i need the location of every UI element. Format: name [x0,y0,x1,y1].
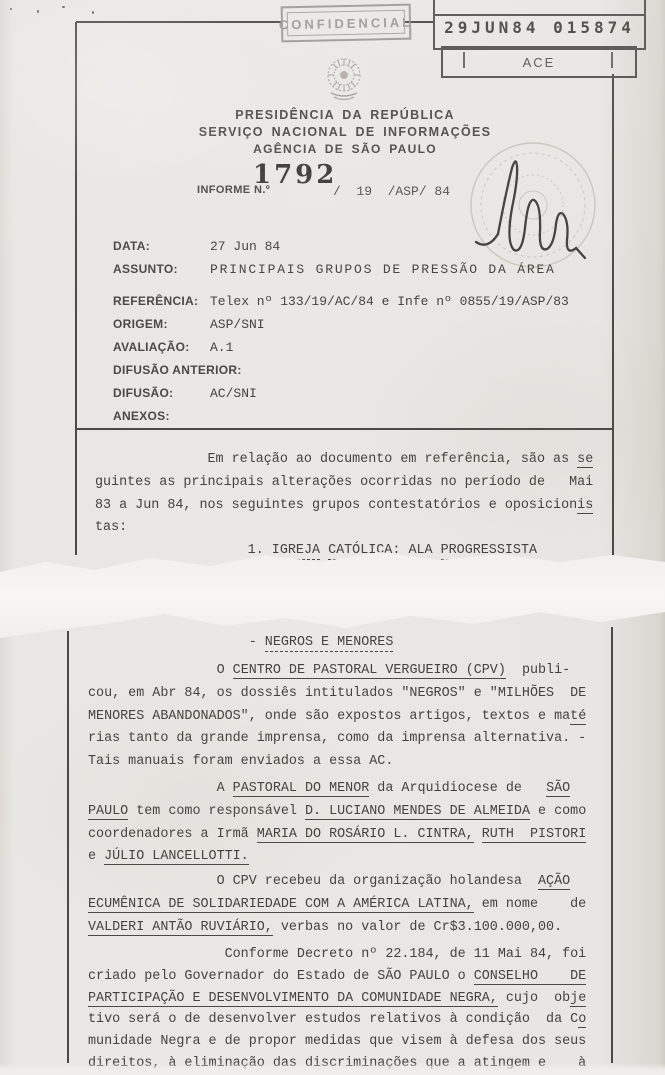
ace-label: ACE [523,55,556,70]
text-line: A PASTORAL DO MENOR da Arquidiocese de S… [88,778,586,801]
text-segment: munidade Negra e de propor medidas que v… [88,1034,586,1049]
lower-frame-left-border [67,631,69,1063]
text-line: munidade Negra e de propor medidas que v… [88,1031,586,1053]
underlined-text: VALDERI ANTÃO RUVIÁRIO, [88,920,273,936]
text-line: O CPV recebeu da organização holandesa A… [88,871,586,894]
confidencial-stamp-text: CONFIDENCIAL [279,14,414,32]
underlined-text: PARTICIPAÇÃO E DESENVOLVIMENTO DA COMUNI… [88,991,498,1007]
frame-right-border [612,74,614,555]
underlined-text: PAULO [88,804,128,820]
field-row: REFERÊNCIA:Telex nº 133/19/AC/84 e Infe … [113,292,569,315]
underlined-text: je [570,991,586,1007]
text-line: PAULO tem como responsável D. LUCIANO ME… [88,801,586,824]
ace-box: ACE [441,46,637,78]
field-label: ORIGEM: [113,317,210,331]
text-line: Em relação ao documento em referência, s… [95,449,593,472]
text-line: guintes as principais alterações ocorrid… [95,472,593,495]
underlined-text: CONSELHO DE [474,969,587,985]
text-line: coordenadores a Irmã MARIA DO ROSÁRIO L.… [88,824,586,847]
paragraph-cpv-dossies: O CENTRO DE PASTORAL VERGUEIRO (CPV) pub… [88,660,586,774]
coat-of-arms-icon [321,55,367,108]
ace-tick-right [611,52,613,68]
text-segment: 83 a Jun 84, nos seguintes grupos contes… [95,498,577,513]
paragraph-pastoral-do-menor: A PASTORAL DO MENOR da Arquidiocese de S… [88,778,586,869]
text-line: tas: [95,517,593,540]
field-row: ASSUNTO:PRINCIPAIS GRUPOS DE PRESSÃO DA … [113,260,569,283]
underlined-text: JÚLIO LANCELLOTTI. [104,849,249,865]
paper-speck [10,8,12,10]
field-row: ORIGEM:ASP/SNI [113,315,569,338]
text-line: criado pelo Governador do Estado de SÃO … [88,966,586,988]
text-segment: coordenadores a Irmã [88,827,257,842]
text-segment: publi- [506,663,570,678]
field-value: Telex nº 133/19/AC/84 e Infe nº 0855/19/… [210,294,569,309]
text-line: - NEGROS E MENORES [88,632,393,655]
text-line: VALDERI ANTÃO RUVIÁRIO, verbas no valor … [88,917,586,940]
text-line: O CENTRO DE PASTORAL VERGUEIRO (CPV) pub… [88,660,586,683]
paper-speck [37,10,39,13]
field-value: ASP/SNI [210,317,265,332]
underlined-text: CENTRO DE PASTORAL VERGUEIRO (CPV) [233,663,506,679]
text-segment: e [88,849,104,864]
text-segment: verbas no valor de Cr$3.100.000,00. [273,920,562,935]
text-line: 83 a Jun 84, nos seguintes grupos contes… [95,495,593,518]
text-segment [474,827,482,842]
frame-top-border-left [76,21,282,23]
text-line: PARTICIPAÇÃO E DESENVOLVIMENTO DA COMUNI… [88,988,586,1010]
underlined-text: PASTORAL DO MENOR [233,781,370,797]
text-segment: - [88,635,265,650]
field-label: DIFUSÃO: [113,386,210,400]
lower-frame-right-border [611,627,613,1063]
text-segment: da Arquidiocese de [369,781,546,796]
text-segment: Tais manuais foram enviados a essa AC. [88,754,393,769]
registry-stamp-number: 29JUN84 015874 [435,18,644,37]
field-row: AVALIAÇÃO:A.1 [113,338,569,361]
underlined-text: té [570,709,586,725]
registry-stamp-divider [433,14,644,16]
field-row: DIFUSÃO ANTERIOR: [113,361,569,384]
field-row: ANEXOS: [113,407,569,430]
text-segment: tem como responsável [128,804,305,819]
text-segment: guintes as principais alterações ocorrid… [95,475,593,490]
text-segment: Conforme Decreto nº 22.184, de 11 Mai 84… [88,947,586,962]
underlined-text: RUTH PISTORI [482,827,586,843]
field-label: ASSUNTO: [113,262,210,276]
text-line: MENORES ABANDONADOS", onde são expostos … [88,706,586,729]
underlined-text: is [577,498,593,514]
text-segment: em nome de [474,897,587,912]
underlined-text: D. LUCIANO MENDES DE ALMEIDA [305,804,530,820]
underlined-text: AÇÃO [538,874,570,890]
heading-negros-e-menores: - NEGROS E MENORES [88,632,393,655]
text-segment: e como [530,804,586,819]
underlined-text: se [577,452,593,468]
text-segment: tivo será o de desenvolver estudos relat… [88,1012,578,1027]
field-value: A.1 [210,340,233,355]
field-label: AVALIAÇÃO: [113,340,210,354]
registry-stamp-box: 29JUN84 015874 [433,0,646,50]
paragraph-intro: Em relação ao documento em referência, s… [95,449,593,563]
text-segment [433,543,441,558]
text-segment: cou, em Abr 84, os dossiês intitulados "… [88,686,586,701]
ace-tick-left [463,52,465,68]
underlined-text: NEGROS E MENORES [265,635,394,652]
paper-speck [92,11,94,14]
paper-speck [62,6,65,8]
underlined-text: o [578,1012,586,1028]
text-segment: tas: [95,520,127,535]
confidencial-stamp-inner-border: CONFIDENCIAL [287,10,405,36]
frame-left-border [75,22,77,555]
field-label: DATA: [113,239,210,253]
field-value: AC/SNI [210,386,257,401]
confidencial-stamp: CONFIDENCIAL [281,4,412,43]
underlined-text: MARIA DO ROSÁRIO L. CINTRA, [257,827,474,843]
informe-number-stamp: 1792 [253,160,337,190]
informe-number-suffix: / 19 /ASP/ 84 [333,184,450,199]
underlined-text: ECUMÊNICA DE SOLIDARIEDADE COM A AMÉRICA… [88,897,474,913]
text-line: e JÚLIO LANCELLOTTI. [88,846,586,869]
text-line: tivo será o de desenvolver estudos relat… [88,1009,586,1031]
text-segment: MENORES ABANDONADOS", onde são expostos … [88,709,570,724]
text-segment: O CPV recebeu da organização holandesa [88,874,538,889]
text-segment: cujo ob [498,991,570,1006]
org-line-sni: SERVIÇO NACIONAL DE INFORMAÇÕES [135,125,555,139]
text-segment: rias tanto da grande imprensa, como da i… [88,731,586,746]
field-label: DIFUSÃO ANTERIOR: [113,363,210,377]
text-segment: 1. [95,543,272,558]
org-line-presidencia: PRESIDÊNCIA DA REPÚBLICA [135,108,555,122]
text-line: ECUMÊNICA DE SOLIDARIEDADE COM A AMÉRICA… [88,894,586,917]
field-row: DATA:27 Jun 84 [113,237,569,260]
field-row: DIFUSÃO:AC/SNI [113,384,569,407]
text-line: Conforme Decreto nº 22.184, de 11 Mai 84… [88,944,586,966]
text-segment: A [88,781,233,796]
text-segment: Em relação ao documento em referência, s… [95,452,577,467]
underlined-text: SÃO [546,781,570,797]
field-value: PRINCIPAIS GRUPOS DE PRESSÃO DA ÁREA [210,262,556,277]
field-label: ANEXOS: [113,409,210,423]
text-segment: O [88,663,233,678]
text-line: cou, em Abr 84, os dossiês intitulados "… [88,683,586,706]
paragraph-decreto-conselho: Conforme Decreto nº 22.184, de 11 Mai 84… [88,944,586,1075]
field-rows: DATA:27 Jun 84ASSUNTO:PRINCIPAIS GRUPOS … [113,237,569,430]
text-line: Tais manuais foram enviados a essa AC. [88,751,586,774]
field-value: 27 Jun 84 [210,239,280,254]
text-segment [320,543,328,558]
text-line: rias tanto da grande imprensa, como da i… [88,728,586,751]
paragraph-verbas: O CPV recebeu da organização holandesa A… [88,871,586,939]
scanned-document-page: CONFIDENCIAL 29JUN84 015874 ACE [0,0,665,1075]
text-segment: criado pelo Governador do Estado de SÃO … [88,969,474,984]
paper-bottom-edge [0,1063,665,1075]
field-label: REFERÊNCIA: [113,294,210,308]
